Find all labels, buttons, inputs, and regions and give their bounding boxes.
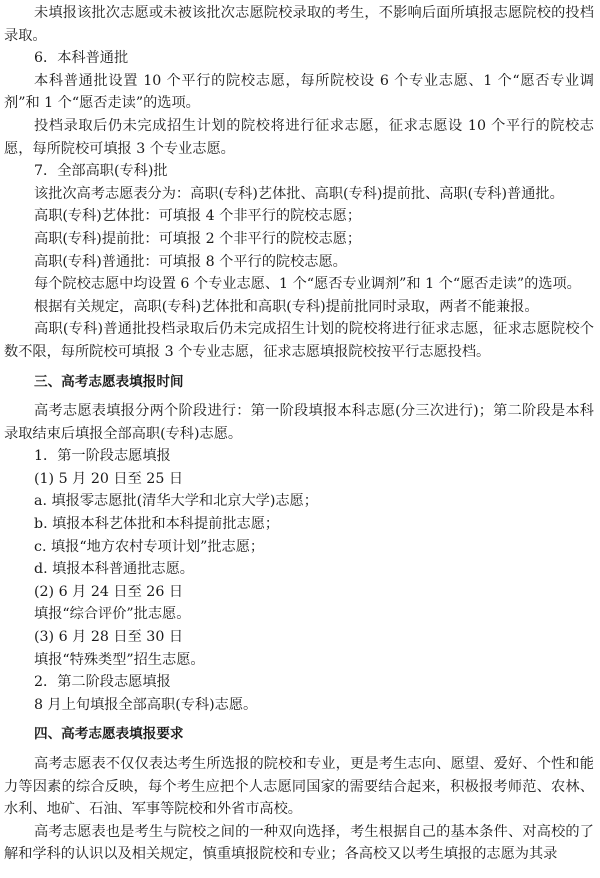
subheading-undergrad-general-batch: 6．本科普通批	[4, 47, 594, 70]
subheading-stage-two: 2．第二阶段志愿填报	[4, 671, 594, 694]
paragraph-requirements-2: 高考志愿表也是考生与院校之间的一种双向选择，考生根据自己的基本条件、对高校的了解…	[4, 821, 594, 866]
document-page: 未填报该批次志愿或未被该批次志愿院校录取的考生，不影响后面所填报志愿院校的投档录…	[0, 0, 600, 866]
list-item-c: c. 填报“地方农村专项计划”批志愿；	[4, 536, 594, 559]
date-range-3: (3) 6 月 28 日至 30 日	[4, 626, 594, 649]
subheading-stage-one: 1．第一阶段志愿填报	[4, 445, 594, 468]
paragraph-undergrad-solicitation: 投档录取后仍未完成招生计划的院校将进行征求志愿，征求志愿设 10 个平行的院校志…	[4, 115, 594, 160]
paragraph-filing-stages: 高考志愿表填报分两个阶段进行：第一阶段填报本科志愿(分三次进行)；第二阶段是本科…	[4, 400, 594, 445]
date-range-1: (1) 5 月 20 日至 25 日	[4, 468, 594, 491]
section-heading-filing-time: 三、高考志愿表填报时间	[4, 371, 594, 394]
list-item-special-type: 填报“特殊类型”招生志愿。	[4, 649, 594, 672]
list-item-vocational-early: 高职(专科)提前批：可填报 2 个非平行的院校志愿；	[4, 228, 594, 251]
list-item-b: b. 填报本科艺体批和本科提前批志愿；	[4, 513, 594, 536]
paragraph-vocational-options: 每个院校志愿中均设置 6 个专业志愿、1 个“愿否专业调剂”和 1 个“愿否走读…	[4, 273, 594, 296]
section-heading-filing-requirements: 四、高考志愿表填报要求	[4, 723, 594, 746]
paragraph-requirements-1: 高考志愿表不仅仅表达考生所选报的院校和专业，更是考生志向、愿望、爱好、个性和能力…	[4, 753, 594, 821]
date-range-2: (2) 6 月 24 日至 26 日	[4, 581, 594, 604]
list-item-vocational-arts: 高职(专科)艺体批：可填报 4 个非平行的院校志愿；	[4, 205, 594, 228]
list-item-a: a. 填报零志愿批(清华大学和北京大学)志愿；	[4, 490, 594, 513]
paragraph-vocational-rule: 根据有关规定，高职(专科)艺体批和高职(专科)提前批同时录取，两者不能兼报。	[4, 296, 594, 319]
paragraph-vocational-solicitation: 高职(专科)普通批投档录取后仍未完成招生计划的院校将进行征求志愿，征求志愿院校个…	[4, 318, 594, 363]
paragraph-vocational-divisions: 该批次高考志愿表分为：高职(专科)艺体批、高职(专科)提前批、高职(专科)普通批…	[4, 183, 594, 206]
list-item-vocational-general: 高职(专科)普通批：可填报 8 个平行的院校志愿。	[4, 251, 594, 274]
subheading-vocational-batch: 7．全部高职(专科)批	[4, 160, 594, 183]
list-item-comprehensive: 填报“综合评价”批志愿。	[4, 603, 594, 626]
paragraph-undergrad-general-settings: 本科普通批设置 10 个平行的院校志愿，每所院校设 6 个专业志愿、1 个“愿否…	[4, 70, 594, 115]
list-item-d: d. 填报本科普通批志愿。	[4, 558, 594, 581]
paragraph-unfilled-batch-note: 未填报该批次志愿或未被该批次志愿院校录取的考生，不影响后面所填报志愿院校的投档录…	[4, 2, 594, 47]
paragraph-stage-two-time: 8 月上旬填报全部高职(专科)志愿。	[4, 694, 594, 717]
